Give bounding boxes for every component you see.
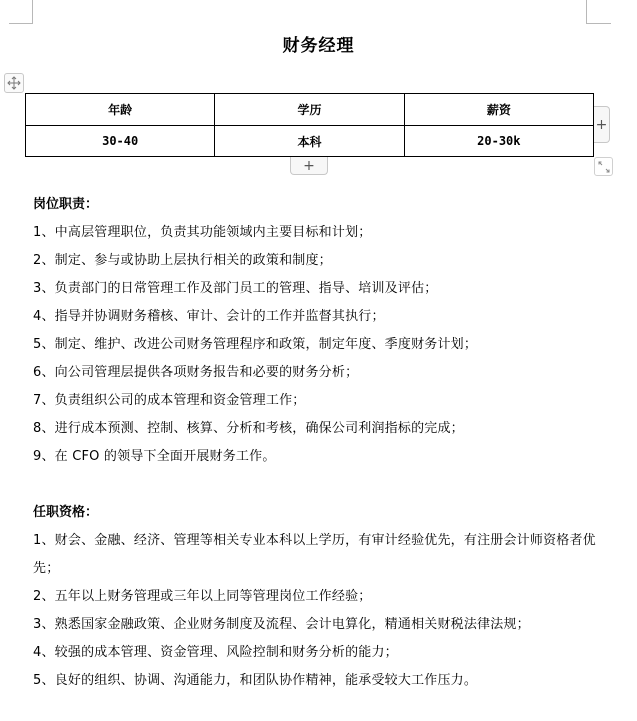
info-table: 年龄 学历 薪资 30-40 本科 20-30k [25,93,594,157]
qualifications-list: 1、财会、金融、经济、管理等相关专业本科以上学历，有审计经验优先，有注册会计师资… [33,527,613,695]
list-item: 9、在 CFO 的领导下全面开展财务工作。 [33,443,613,471]
table-header-age[interactable]: 年龄 [26,94,215,126]
list-item: 1、中高层管理职位，负责其功能领域内主要目标和计划； [33,219,613,247]
qualifications-heading: 任职资格： [33,499,613,527]
page-corner-mark-top-right [586,0,611,24]
table-header-education[interactable]: 学历 [215,94,404,126]
list-item: 8、进行成本预测、控制、核算、分析和考核，确保公司利润指标的完成； [33,415,613,443]
plus-icon: + [303,158,315,174]
table-row: 30-40 本科 20-30k [26,126,594,157]
resize-diagonal-icon [598,161,610,173]
table-cell-age[interactable]: 30-40 [26,126,215,157]
list-item: 5、制定、维护、改进公司财务管理程序和政策，制定年度、季度财务计划； [33,331,613,359]
list-item: 2、五年以上财务管理或三年以上同等管理岗位工作经验； [33,583,613,611]
duties-section: 岗位职责： 1、中高层管理职位，负责其功能领域内主要目标和计划； 2、制定、参与… [33,191,613,471]
move-arrows-icon [7,76,21,90]
page-corner-mark-top-left [9,0,33,24]
table-cell-salary[interactable]: 20-30k [404,126,593,157]
table-cell-education[interactable]: 本科 [215,126,404,157]
list-item: 2、制定、参与或协助上层执行相关的政策和制度； [33,247,613,275]
duties-heading: 岗位职责： [33,191,613,219]
list-item: 1、财会、金融、经济、管理等相关专业本科以上学历，有审计经验优先，有注册会计师资… [33,527,613,583]
list-item: 4、指导并协调财务稽核、审计、会计的工作并监督其执行； [33,303,613,331]
list-item: 5、良好的组织、协调、沟通能力，和团队协作精神，能承受较大工作压力。 [33,667,613,695]
document-title: 财务经理 [0,31,637,56]
plus-icon: + [596,117,608,133]
list-item: 7、负责组织公司的成本管理和资金管理工作； [33,387,613,415]
list-item: 4、较强的成本管理、资金管理、风险控制和财务分析的能力； [33,639,613,667]
list-item: 3、熟悉国家金融政策、企业财务制度及流程、会计电算化，精通相关财税法律法规； [33,611,613,639]
add-column-button[interactable]: + [594,106,610,143]
table-header-salary[interactable]: 薪资 [404,94,593,126]
table-move-handle[interactable] [4,73,24,93]
duties-list: 1、中高层管理职位，负责其功能领域内主要目标和计划； 2、制定、参与或协助上层执… [33,219,613,471]
qualifications-section: 任职资格： 1、财会、金融、经济、管理等相关专业本科以上学历，有审计经验优先，有… [33,499,613,695]
table-header-row: 年龄 学历 薪资 [26,94,594,126]
list-item: 6、向公司管理层提供各项财务报告和必要的财务分析； [33,359,613,387]
add-row-button[interactable]: + [290,157,328,175]
list-item: 3、负责部门的日常管理工作及部门员工的管理、指导、培训及评估； [33,275,613,303]
table-resize-handle[interactable] [594,157,613,176]
